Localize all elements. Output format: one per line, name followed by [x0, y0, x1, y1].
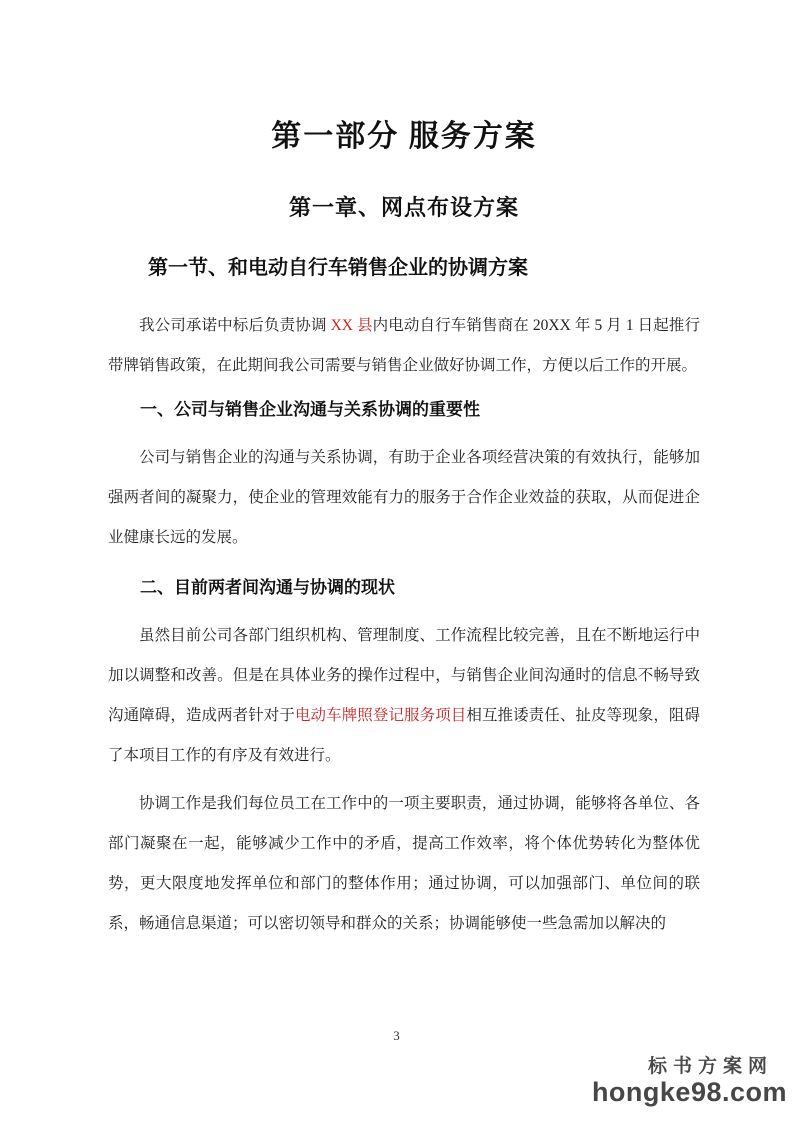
part-title: 第一部分 服务方案	[108, 0, 700, 158]
document-content: 第一部分 服务方案 第一章、网点布设方案 第一节、和电动自行车销售企业的协调方案…	[108, 0, 700, 944]
watermark-site-url: hongke98.com	[592, 1078, 787, 1108]
sub-heading-current-status: 二、目前两者间沟通与协调的现状	[140, 574, 700, 602]
highlight-red-text: 电动车牌照登记服务项目	[295, 707, 466, 724]
section-title: 第一节、和电动自行车销售企业的协调方案	[148, 254, 700, 282]
highlight-red-text: XX 县	[331, 317, 373, 334]
sub-heading-importance: 一、公司与销售企业沟通与关系协调的重要性	[140, 396, 700, 424]
watermark: 标书方案网 hongke98.com	[592, 1057, 787, 1108]
document-page: 第一部分 服务方案 第一章、网点布设方案 第一节、和电动自行车销售企业的协调方案…	[0, 0, 793, 1122]
chapter-title: 第一章、网点布设方案	[108, 192, 700, 224]
paragraph-intro: 我公司承诺中标后负责协调 XX 县内电动自行车销售商在 20XX 年 5 月 1…	[108, 306, 700, 386]
page-number: 3	[0, 1028, 793, 1044]
paragraph-coordination-duty: 协调工作是我们每位员工在工作中的一项主要职责，通过协调，能够将各单位、各部门凝聚…	[108, 784, 700, 944]
watermark-site-name: 标书方案网	[592, 1057, 773, 1078]
paragraph-text: 我公司承诺中标后负责协调	[139, 317, 331, 334]
paragraph-importance: 公司与销售企业的沟通与关系协调，有助于企业各项经营决策的有效执行，能够加强两者间…	[108, 438, 700, 558]
paragraph-status: 虽然目前公司各部门组织机构、管理制度、工作流程比较完善，且在不断地运行中加以调整…	[108, 616, 700, 776]
